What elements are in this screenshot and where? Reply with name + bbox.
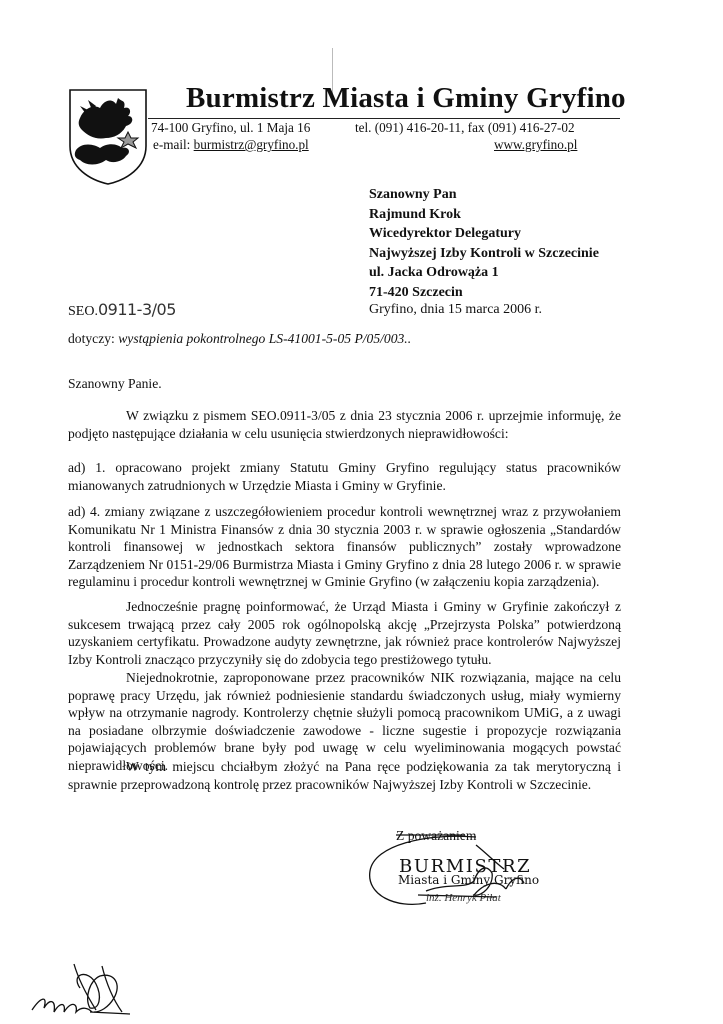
handwritten-initials-icon	[30, 958, 170, 1020]
subject-text: wystąpienia pokontrolnego LS-41001-5-05 …	[118, 331, 411, 346]
letterhead-email-line: e-mail: burmistrz@gryfino.pl	[153, 137, 309, 153]
recipient-line: Wicedyrektor Delegatury	[369, 224, 599, 244]
letterhead-address: 74-100 Gryfino, ul. 1 Maja 16	[151, 120, 310, 136]
subject-label: dotyczy:	[68, 331, 118, 346]
letterhead-divider	[148, 118, 620, 119]
place-and-date: Gryfino, dnia 15 marca 2006 r.	[369, 302, 542, 318]
salutation: Szanowny Panie.	[68, 376, 162, 392]
reference-handwritten: 0911-3/05	[98, 300, 176, 319]
recipient-line: 71-420 Szczecin	[369, 283, 599, 303]
griffin-coat-of-arms-icon	[66, 86, 150, 186]
recipient-line: Najwyższej Izby Kontroli w Szczecinie	[369, 244, 599, 264]
recipient-address: Szanowny Pan Rajmund Krok Wicedyrektor D…	[369, 185, 599, 303]
body-paragraph-6: W tym miejscu chciałbym złożyć na Pana r…	[68, 758, 621, 793]
recipient-line: Rajmund Krok	[369, 205, 599, 225]
reference-prefix: SEO.	[68, 304, 98, 319]
body-paragraph-2: ad) 1. opracowano projekt zmiany Statutu…	[68, 459, 621, 494]
website-link[interactable]: www.gryfino.pl	[494, 137, 577, 153]
email-label: e-mail:	[153, 137, 194, 152]
reference-number: SEO.0911-3/05	[68, 300, 176, 320]
recipient-line: Szanowny Pan	[369, 185, 599, 205]
body-paragraph-4: Jednocześnie pragnę poinformować, że Urz…	[68, 598, 621, 668]
letterhead-phone-fax: tel. (091) 416-20-11, fax (091) 416-27-0…	[355, 120, 575, 136]
body-paragraph-1: W związku z pismem SEO.0911-3/05 z dnia …	[68, 407, 621, 442]
letterhead-title: Burmistrz Miasta i Gminy Gryfino	[186, 82, 626, 115]
handwritten-signature-icon	[356, 823, 566, 913]
body-paragraph-3: ad) 4. zmiany związane z uszczegółowieni…	[68, 503, 621, 591]
subject-line: dotyczy: wystąpienia pokontrolnego LS-41…	[68, 331, 411, 347]
recipient-line: ul. Jacka Odrowąża 1	[369, 263, 599, 283]
email-link[interactable]: burmistrz@gryfino.pl	[194, 137, 309, 152]
